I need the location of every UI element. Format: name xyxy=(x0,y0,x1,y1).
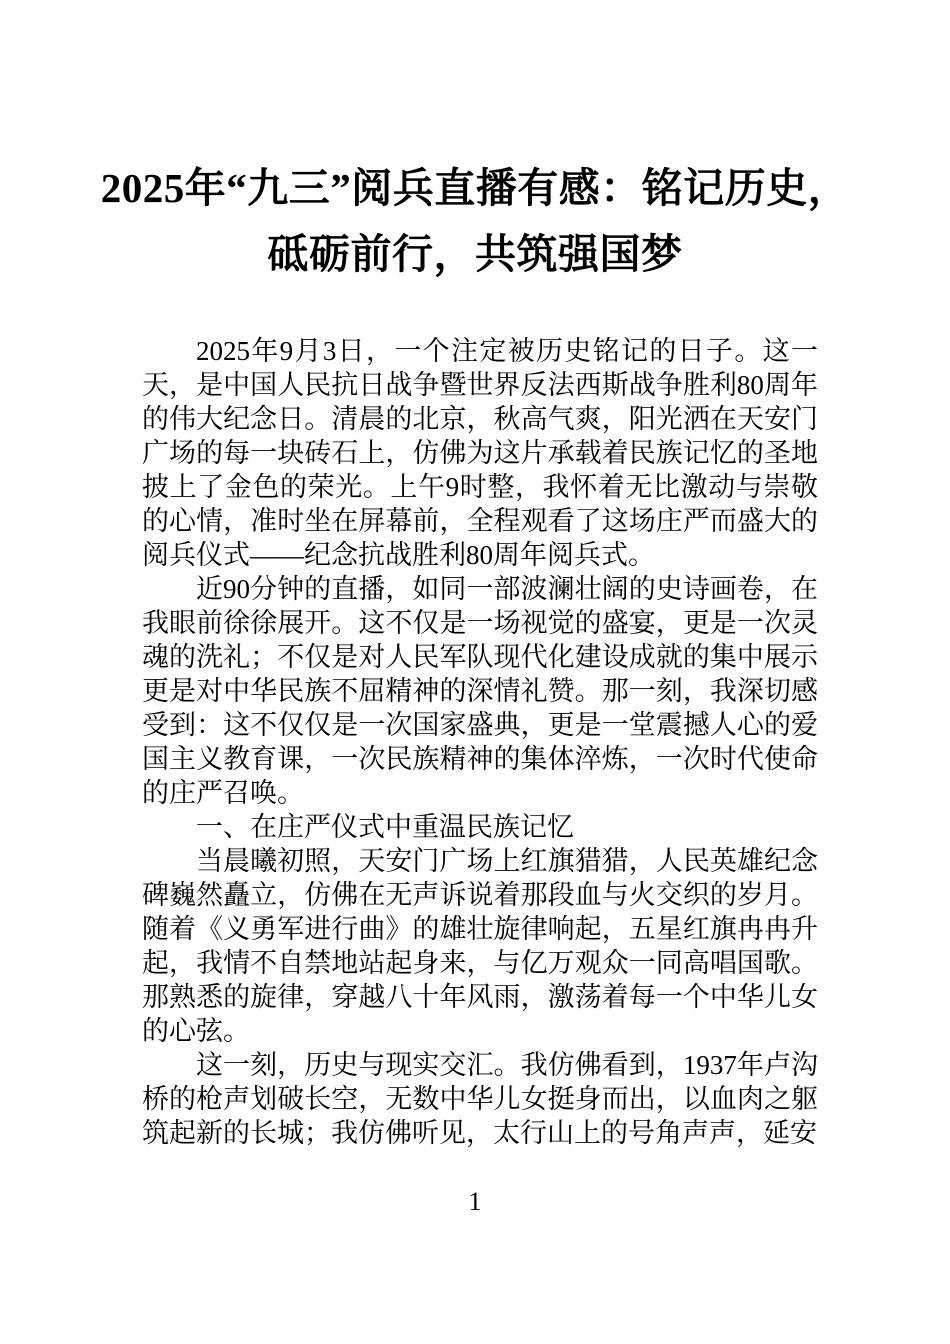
document-title-line-2: 砥砺前行，共筑强国梦 xyxy=(0,221,950,287)
document-body: 2025年9月3日，一个注定被历史铭记的日子。这一天，是中国人民抗日战争暨世界反… xyxy=(142,334,818,1150)
section-heading-1: 一、在庄严仪式中重温民族记忆 xyxy=(142,810,818,844)
paragraph-intro-date: 2025年9月3日，一个注定被历史铭记的日子。这一天，是中国人民抗日战争暨世界反… xyxy=(142,334,818,572)
document-title: 2025年“九三”阅兵直播有感：铭记历史， 砥砺前行，共筑强国梦 xyxy=(0,155,950,287)
document-page: 2025年“九三”阅兵直播有感：铭记历史， 砥砺前行，共筑强国梦 2025年9月… xyxy=(0,0,950,1344)
paragraph-broadcast-impression: 近90分钟的直播，如同一部波澜壮阔的史诗画卷，在我眼前徐徐展开。这不仅是一场视觉… xyxy=(142,572,818,810)
document-title-line-1: 2025年“九三”阅兵直播有感：铭记历史， xyxy=(0,155,950,221)
paragraph-history-reality: 这一刻，历史与现实交汇。我仿佛看到，1937年卢沟桥的枪声划破长空，无数中华儿女… xyxy=(142,1048,818,1150)
page-number: 1 xyxy=(0,1186,950,1218)
paragraph-ceremony-memory: 当晨曦初照，天安门广场上红旗猎猎，人民英雄纪念碑巍然矗立，仿佛在无声诉说着那段血… xyxy=(142,844,818,1048)
